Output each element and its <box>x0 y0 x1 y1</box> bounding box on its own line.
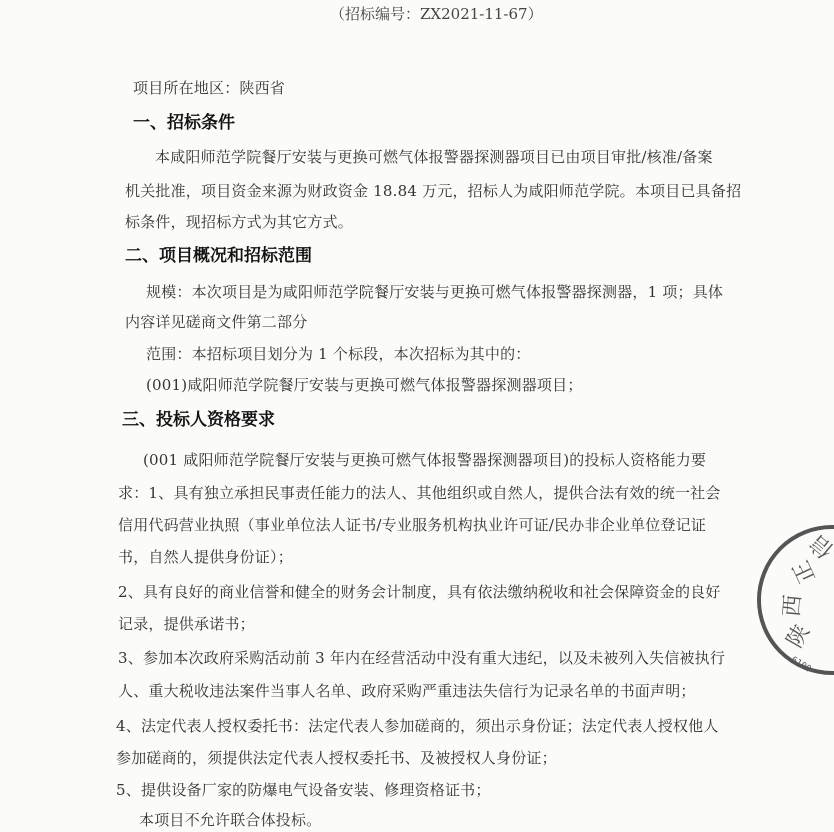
paragraph-line: 书，自然人提供身份证）； <box>118 547 293 567</box>
paragraph-line: 机关批准，项目资金来源为财政资金 18.84 万元，招标人为咸阳师范学院。本项目… <box>125 181 741 201</box>
bid-number: （招标编号：ZX2021-11-67） <box>330 4 543 24</box>
paragraph-line: 规模：本次项目是为咸阳师范学院餐厅安装与更换可燃气体报警器探测器，1 项；具体 <box>146 282 723 302</box>
section-heading-project-scope: 二、项目概况和招标范围 <box>125 245 312 267</box>
scanned-document-page: （招标编号：ZX2021-11-67） 项目所在地区：陕西省 一、招标条件 本咸… <box>0 0 834 832</box>
section-heading-bid-conditions: 一、招标条件 <box>133 112 235 134</box>
paragraph-line: 标条件，现招标方式为其它方式。 <box>125 212 353 232</box>
paragraph-line: 4、法定代表人授权委托书：法定代表人参加磋商的，须出示身份证；法定代表人授权他人 <box>116 716 719 736</box>
paragraph-line: 3、参加本次政府采购活动前 3 年内在经营活动中没有重大违纪，以及未被列入失信被… <box>118 648 725 668</box>
paragraph-line: 人、重大税收违法案件当事人名单、政府采购严重违法失信行为记录名单的书面声明； <box>118 681 696 701</box>
paragraph-line: 内容详见磋商文件第二部分 <box>125 312 307 332</box>
paragraph-line: 范围：本招标项目划分为 1 个标段，本次招标为其中的： <box>146 344 530 364</box>
paragraph-line: 2、具有良好的商业信誉和健全的财务会计制度，具有依法缴纳税收和社会保障资金的良好 <box>118 582 721 602</box>
project-region: 项目所在地区：陕西省 <box>133 78 285 98</box>
paragraph-line: 本项目不允许联合体投标。 <box>139 810 321 830</box>
paragraph-line: 记录，提供承诺书； <box>118 614 255 634</box>
seal-char: 西 <box>775 593 808 618</box>
section-heading-bidder-qualifications: 三、投标人资格要求 <box>122 409 275 431</box>
paragraph-line: 参加磋商的，须提供法定代表人授权委托书、及被授权人身份证； <box>116 748 557 768</box>
paragraph-line: 5、提供设备厂家的防爆电气设备安装、修理资格证书； <box>116 780 491 800</box>
paragraph-line: 求：1、具有独立承担民事责任能力的法人、其他组织或自然人，提供合法有效的统一社会 <box>118 483 721 503</box>
paragraph-line: (001)咸阳师范学院餐厅安装与更换可燃气体报警器探测器项目； <box>146 375 583 395</box>
paragraph-line: 本咸阳师范学院餐厅安装与更换可燃气体报警器探测器项目已由项目审批/核准/备案 <box>155 147 713 167</box>
paragraph-line: 信用代码营业执照（事业单位法人证书/专业服务机构执业许可证/民办非企业单位登记证 <box>118 515 706 535</box>
paragraph-line: (001 咸阳师范学院餐厅安装与更换可燃气体报警器探测器项目)的投标人资格能力要 <box>143 450 706 470</box>
